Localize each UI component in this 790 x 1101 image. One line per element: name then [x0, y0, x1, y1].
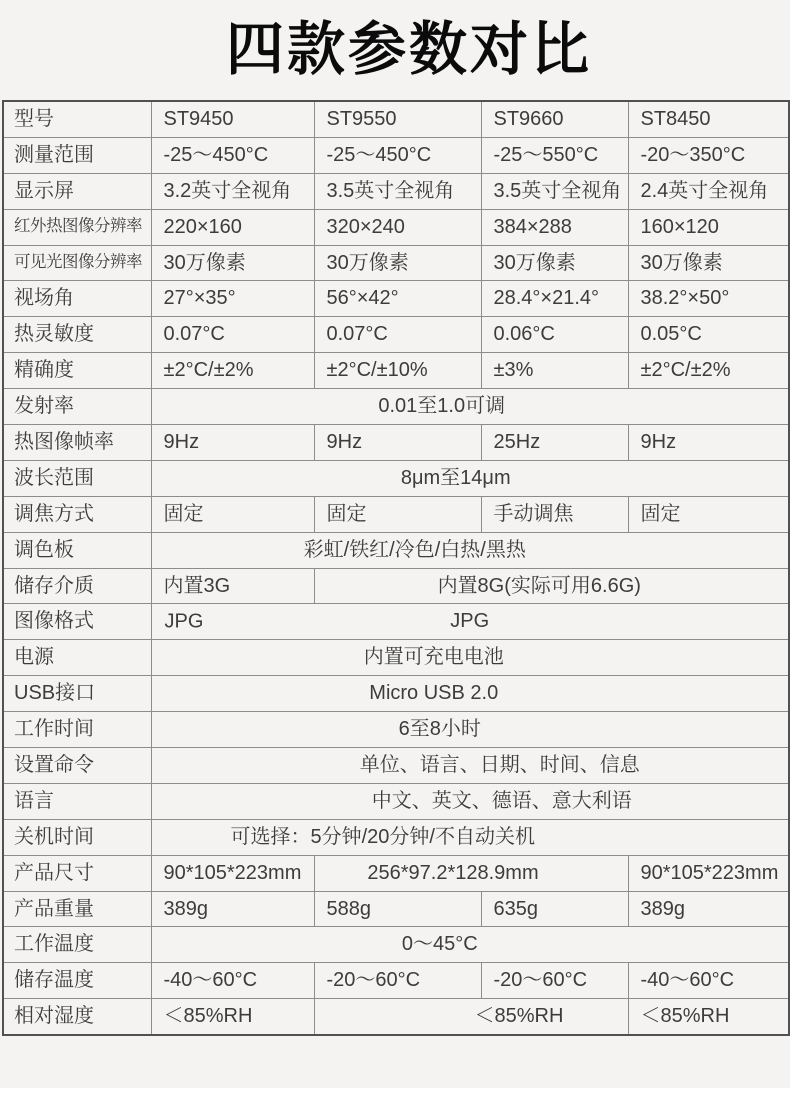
spec-value: 8μm至14μm: [401, 468, 511, 489]
spec-value-cell: 3.5英寸全视角: [481, 173, 628, 209]
spec-label-cell: 视场角: [3, 281, 151, 317]
spec-value-cell: 25Hz: [481, 425, 628, 461]
spec-value: 0.01至1.0可调: [378, 396, 505, 417]
spec-value-cell: 2.4英寸全视角: [628, 173, 789, 209]
spec-label-cell: 产品尺寸: [3, 855, 151, 891]
spec-label-cell: 相对湿度: [3, 999, 151, 1035]
page-title: 四款参数对比: [226, 21, 592, 79]
spec-value-cell: -20～350°C: [628, 137, 789, 173]
spec-value-cell-merged: JPGJPG: [151, 604, 789, 640]
spec-value-cell: 38.2°×50°: [628, 281, 789, 317]
table-row: 设置命令单位、语言、日期、时间、信息: [3, 748, 789, 784]
table-row: 储存介质内置3G内置8G(实际可用6.6G): [3, 568, 789, 604]
spec-value-cell: 90*105*223mm: [151, 855, 314, 891]
table-row: 关机时间可选择：5分钟/20分钟/不自动关机: [3, 819, 789, 855]
spec-value: JPG: [165, 611, 204, 632]
spec-value-cell: 30万像素: [151, 245, 314, 281]
spec-value: 6至8小时: [399, 719, 481, 740]
spec-value-cell: 30万像素: [481, 245, 628, 281]
spec-label-cell: 红外热图像分辨率: [3, 209, 151, 245]
spec-comparison-table: 型号ST9450ST9550ST9660ST8450测量范围-25～450°C-…: [2, 100, 790, 1036]
spec-value-cell: -40～60°C: [151, 963, 314, 999]
spec-value: 256*97.2*128.9mm: [367, 863, 538, 884]
spec-label-cell: 热灵敏度: [3, 317, 151, 353]
spec-value-cell: -25～450°C: [314, 137, 481, 173]
spec-label-cell: 可见光图像分辨率: [3, 245, 151, 281]
spec-value-cell: ＜85%RH: [151, 999, 314, 1035]
spec-value: 内置8G(实际可用6.6G): [438, 576, 641, 597]
spec-value-cell: 389g: [151, 891, 314, 927]
spec-value-cell: 3.2英寸全视角: [151, 173, 314, 209]
table-row: 储存温度-40～60°C-20～60°C-20～60°C-40～60°C: [3, 963, 789, 999]
spec-value: 中文、英文、德语、意大利语: [372, 791, 632, 812]
spec-table-body: 型号ST9450ST9550ST9660ST8450测量范围-25～450°C-…: [3, 101, 789, 1035]
spec-value-cell: 30万像素: [314, 245, 481, 281]
title-bar: 四款参数对比: [0, 0, 790, 100]
spec-value-cell: 220×160: [151, 209, 314, 245]
spec-label-cell: 工作时间: [3, 712, 151, 748]
spec-value: JPG: [450, 610, 489, 632]
spec-value-cell-merged: 内置8G(实际可用6.6G): [314, 568, 789, 604]
spec-value-cell: ±2°C/±2%: [151, 353, 314, 389]
spec-value-cell: 90*105*223mm: [628, 855, 789, 891]
spec-value-cell: ST9550: [314, 101, 481, 137]
spec-label-cell: 发射率: [3, 389, 151, 425]
spec-label-cell: 储存介质: [3, 568, 151, 604]
table-row: 精确度±2°C/±2%±2°C/±10%±3%±2°C/±2%: [3, 353, 789, 389]
spec-label-cell: 调色板: [3, 532, 151, 568]
spec-value: 彩虹/铁红/冷色/白热/黑热: [304, 540, 526, 561]
table-row: 视场角27°×35°56°×42°28.4°×21.4°38.2°×50°: [3, 281, 789, 317]
spec-label-cell: 工作温度: [3, 927, 151, 963]
spec-label-cell: 精确度: [3, 353, 151, 389]
table-row: 产品重量389g588g635g389g: [3, 891, 789, 927]
spec-label-cell: 调焦方式: [3, 496, 151, 532]
spec-value-cell-merged: Micro USB 2.0: [151, 676, 789, 712]
table-row: USB接口Micro USB 2.0: [3, 676, 789, 712]
spec-value-cell-merged: 内置可充电电池: [151, 640, 789, 676]
spec-value-cell: 384×288: [481, 209, 628, 245]
table-row: 可见光图像分辨率30万像素30万像素30万像素30万像素: [3, 245, 789, 281]
spec-value-cell: 160×120: [628, 209, 789, 245]
bottom-strip: [0, 1088, 790, 1101]
spec-label-cell: 设置命令: [3, 748, 151, 784]
spec-value-cell: ±2°C/±2%: [628, 353, 789, 389]
spec-label-cell: 储存温度: [3, 963, 151, 999]
spec-value-cell-merged: 中文、英文、德语、意大利语: [151, 783, 789, 819]
spec-value-cell-merged: 可选择：5分钟/20分钟/不自动关机: [151, 819, 789, 855]
spec-value-cell: 320×240: [314, 209, 481, 245]
table-row: 热灵敏度0.07°C0.07°C0.06°C0.05°C: [3, 317, 789, 353]
spec-label-cell: 关机时间: [3, 819, 151, 855]
spec-value-cell: 9Hz: [151, 425, 314, 461]
spec-value: 内置可充电电池: [364, 647, 504, 668]
spec-value-cell: 389g: [628, 891, 789, 927]
spec-value: Micro USB 2.0: [369, 683, 498, 704]
table-row: 型号ST9450ST9550ST9660ST8450: [3, 101, 789, 137]
spec-value-cell: 内置3G: [151, 568, 314, 604]
spec-value-cell: 0.07°C: [151, 317, 314, 353]
table-row: 测量范围-25～450°C-25～450°C-25～550°C-20～350°C: [3, 137, 789, 173]
spec-value: ＜85%RH: [475, 1006, 564, 1027]
table-row: 波长范围8μm至14μm: [3, 460, 789, 496]
table-row: 相对湿度＜85%RH＜85%RH＜85%RH: [3, 999, 789, 1035]
spec-value-cell: 手动调焦: [481, 496, 628, 532]
table-row: 红外热图像分辨率220×160320×240384×288160×120: [3, 209, 789, 245]
spec-value: 0～45°C: [402, 934, 478, 955]
spec-value-cell: 635g: [481, 891, 628, 927]
spec-value-cell: -20～60°C: [481, 963, 628, 999]
table-row: 显示屏3.2英寸全视角3.5英寸全视角3.5英寸全视角2.4英寸全视角: [3, 173, 789, 209]
table-row: 热图像帧率9Hz9Hz25Hz9Hz: [3, 425, 789, 461]
spec-value-cell: -40～60°C: [628, 963, 789, 999]
spec-label-cell: 语言: [3, 783, 151, 819]
spec-label-cell: 测量范围: [3, 137, 151, 173]
spec-label-cell: 显示屏: [3, 173, 151, 209]
spec-value-cell: -20～60°C: [314, 963, 481, 999]
spec-value-cell: ST8450: [628, 101, 789, 137]
spec-value-cell-merged: 256*97.2*128.9mm: [314, 855, 628, 891]
spec-label-cell: 波长范围: [3, 460, 151, 496]
table-row: 图像格式JPGJPG: [3, 604, 789, 640]
spec-value-cell: 固定: [628, 496, 789, 532]
spec-value-cell-merged: 0～45°C: [151, 927, 789, 963]
spec-value-cell-merged: 彩虹/铁红/冷色/白热/黑热: [151, 532, 789, 568]
spec-label-cell: USB接口: [3, 676, 151, 712]
table-row: 工作温度0～45°C: [3, 927, 789, 963]
spec-value-cell-merged: ＜85%RH: [314, 999, 628, 1035]
spec-value-cell: ±3%: [481, 353, 628, 389]
spec-label-cell: 热图像帧率: [3, 425, 151, 461]
spec-value-cell: 3.5英寸全视角: [314, 173, 481, 209]
table-row: 发射率0.01至1.0可调: [3, 389, 789, 425]
spec-value-cell: 0.06°C: [481, 317, 628, 353]
spec-value-cell: 9Hz: [314, 425, 481, 461]
spec-label-cell: 图像格式: [3, 604, 151, 640]
spec-value-cell: 588g: [314, 891, 481, 927]
page: { "page": { "title": "四款参数对比" }, "colors…: [0, 0, 790, 1101]
spec-value-cell: ST9450: [151, 101, 314, 137]
spec-value-cell-merged: 6至8小时: [151, 712, 789, 748]
spec-value-cell-merged: 0.01至1.0可调: [151, 389, 789, 425]
table-row: 调色板彩虹/铁红/冷色/白热/黑热: [3, 532, 789, 568]
spec-value-cell: ST9660: [481, 101, 628, 137]
spec-value: 可选择：5分钟/20分钟/不自动关机: [231, 827, 535, 848]
spec-label-cell: 电源: [3, 640, 151, 676]
spec-value: 单位、语言、日期、时间、信息: [360, 755, 640, 776]
table-row: 电源内置可充电电池: [3, 640, 789, 676]
spec-value-cell: 0.05°C: [628, 317, 789, 353]
spec-value-cell: 27°×35°: [151, 281, 314, 317]
spec-label-cell: 型号: [3, 101, 151, 137]
spec-value-cell: ±2°C/±10%: [314, 353, 481, 389]
spec-value-cell: ＜85%RH: [628, 999, 789, 1035]
spec-value-cell: -25～450°C: [151, 137, 314, 173]
table-row: 产品尺寸90*105*223mm256*97.2*128.9mm90*105*2…: [3, 855, 789, 891]
spec-label-cell: 产品重量: [3, 891, 151, 927]
spec-value-cell-merged: 单位、语言、日期、时间、信息: [151, 748, 789, 784]
spec-value-cell-merged: 8μm至14μm: [151, 460, 789, 496]
table-row: 工作时间6至8小时: [3, 712, 789, 748]
spec-value-cell: 28.4°×21.4°: [481, 281, 628, 317]
spec-value-cell: 30万像素: [628, 245, 789, 281]
table-row: 调焦方式固定固定手动调焦固定: [3, 496, 789, 532]
spec-value-cell: 固定: [151, 496, 314, 532]
table-row: 语言中文、英文、德语、意大利语: [3, 783, 789, 819]
spec-value-cell: 0.07°C: [314, 317, 481, 353]
spec-value-cell: 9Hz: [628, 425, 789, 461]
spec-value-cell: 56°×42°: [314, 281, 481, 317]
spec-value-cell: 固定: [314, 496, 481, 532]
spec-value-cell: -25～550°C: [481, 137, 628, 173]
